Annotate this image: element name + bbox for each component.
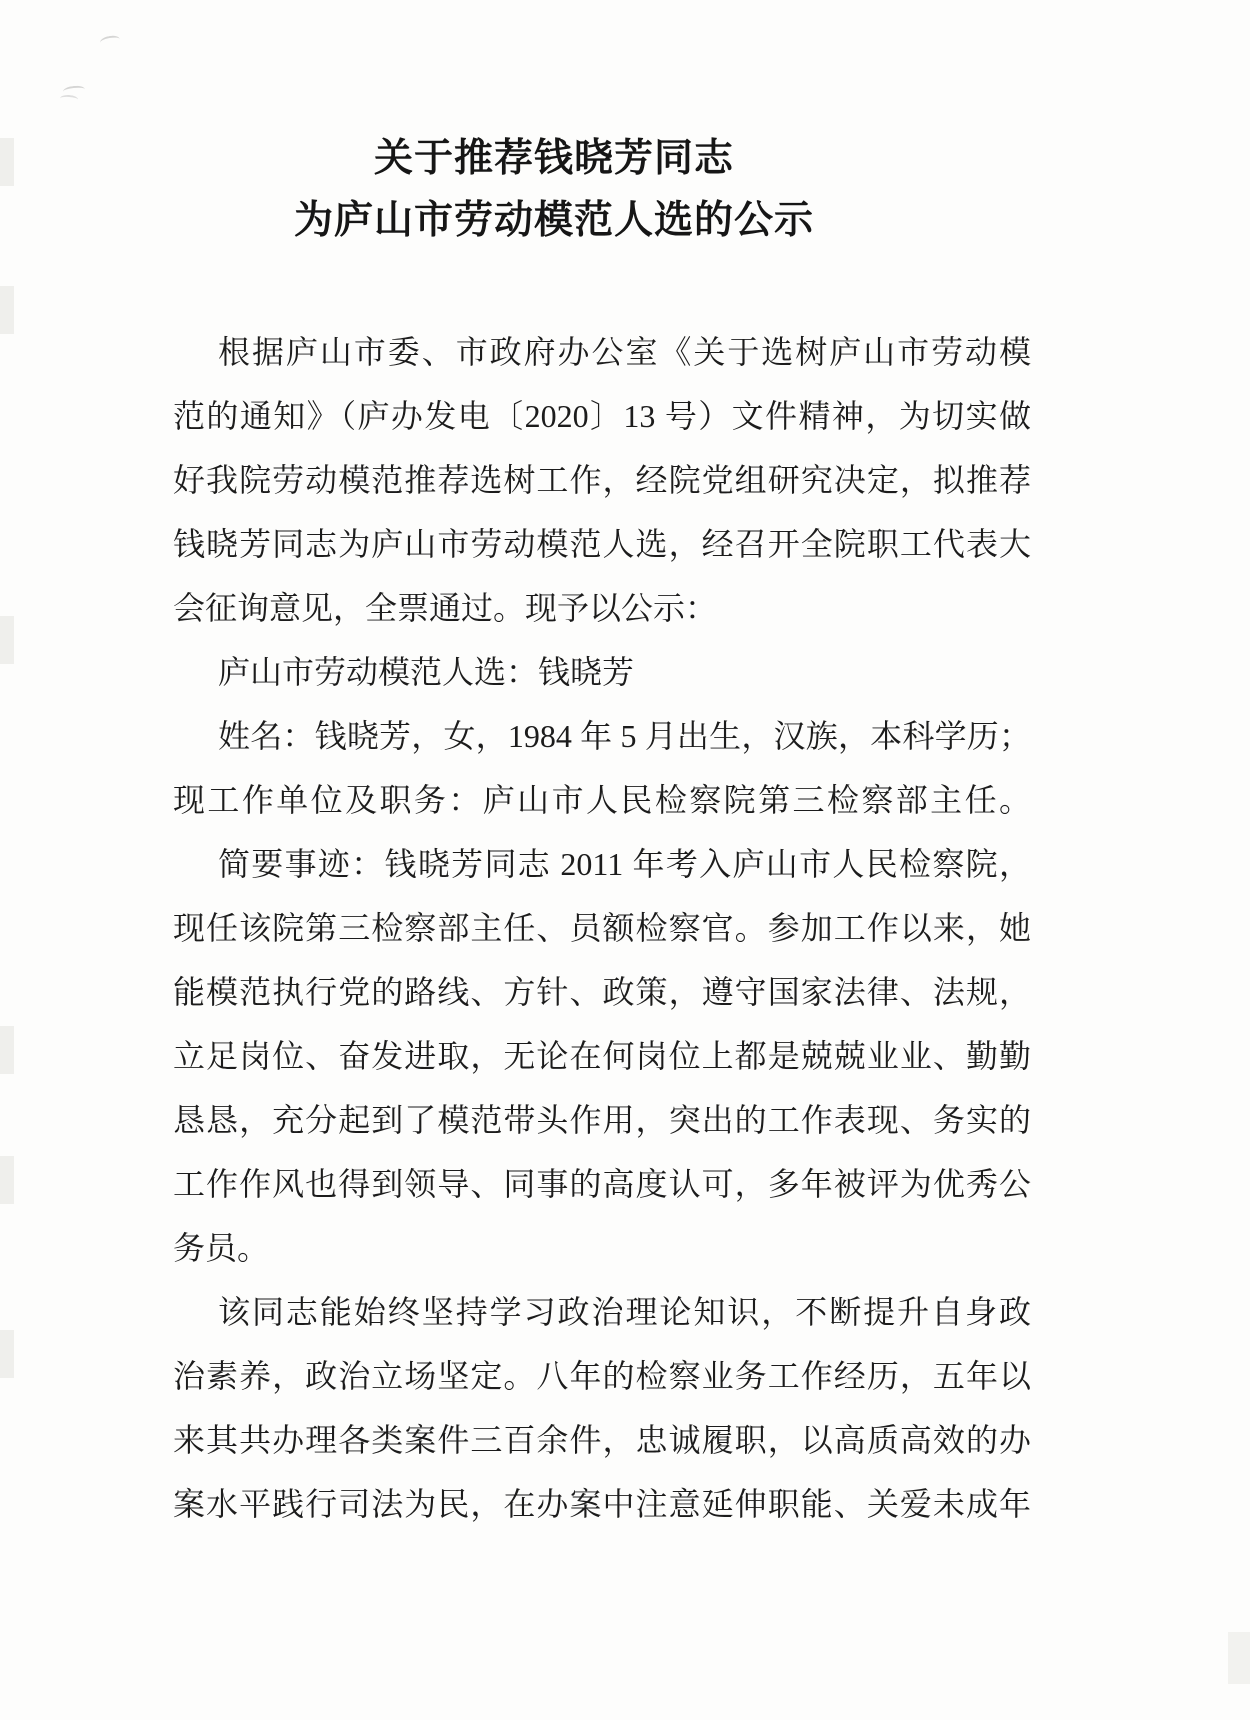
scan-corner-mark	[1228, 1632, 1250, 1684]
scan-edge-mark	[0, 1330, 14, 1378]
text-line: 恳恳，充分起到了模范带头作用，突出的工作表现、务实的	[173, 1088, 1031, 1152]
paragraph: 根据庐山市委、市政府办公室《关于选树庐山市劳动模范的通知》（庐办发电〔2020〕…	[173, 320, 1031, 640]
scan-edge-mark	[0, 138, 14, 186]
text-line: 庐山市劳动模范人选：钱晓芳	[173, 640, 1031, 704]
text-line: 该同志能始终坚持学习政治理论知识，不断提升自身政	[173, 1280, 1031, 1344]
document-body: 根据庐山市委、市政府办公室《关于选树庐山市劳动模范的通知》（庐办发电〔2020〕…	[173, 320, 1031, 1536]
document-page: 关于推荐钱晓芳同志 为庐山市劳动模范人选的公示 根据庐山市委、市政府办公室《关于…	[0, 0, 1250, 1720]
title-line-1: 关于推荐钱晓芳同志	[174, 128, 934, 190]
scan-smudge	[99, 34, 120, 47]
text-line: 简要事迹：钱晓芳同志 2011 年考入庐山市人民检察院，	[173, 832, 1031, 896]
paragraph: 庐山市劳动模范人选：钱晓芳	[173, 640, 1031, 704]
text-line: 会征询意见，全票通过。现予以公示：	[173, 576, 1031, 640]
text-line: 工作作风也得到领导、同事的高度认可，多年被评为优秀公	[173, 1152, 1031, 1216]
paragraph: 该同志能始终坚持学习政治理论知识，不断提升自身政治素养，政治立场坚定。八年的检察…	[173, 1280, 1031, 1536]
document-title: 关于推荐钱晓芳同志 为庐山市劳动模范人选的公示	[174, 128, 934, 252]
text-line: 案水平践行司法为民，在办案中注意延伸职能、关爱未成年	[173, 1472, 1031, 1536]
text-line: 钱晓芳同志为庐山市劳动模范人选，经召开全院职工代表大	[173, 512, 1031, 576]
paragraph: 姓名：钱晓芳，女，1984 年 5 月出生，汉族，本科学历；现工作单位及职务：庐…	[173, 704, 1031, 832]
text-line: 立足岗位、奋发进取，无论在何岗位上都是兢兢业业、勤勤	[173, 1024, 1031, 1088]
scan-edge-mark	[0, 1156, 14, 1204]
text-line: 好我院劳动模范推荐选树工作，经院党组研究决定，拟推荐	[173, 448, 1031, 512]
text-line: 来其共办理各类案件三百余件，忠诚履职，以高质高效的办	[173, 1408, 1031, 1472]
scan-edge-mark	[0, 286, 14, 334]
text-line: 治素养，政治立场坚定。八年的检察业务工作经历，五年以	[173, 1344, 1031, 1408]
text-line: 范的通知》（庐办发电〔2020〕13 号）文件精神，为切实做	[173, 384, 1031, 448]
text-line: 现任该院第三检察部主任、员额检察官。参加工作以来，她	[173, 896, 1031, 960]
text-line: 现工作单位及职务：庐山市人民检察院第三检察部主任。	[173, 768, 1031, 832]
scan-smudge	[63, 85, 86, 96]
title-line-2: 为庐山市劳动模范人选的公示	[174, 190, 934, 252]
scan-smudge	[60, 94, 79, 103]
paragraph: 简要事迹：钱晓芳同志 2011 年考入庐山市人民检察院，现任该院第三检察部主任、…	[173, 832, 1031, 1280]
text-line: 务员。	[173, 1216, 1031, 1280]
text-line: 姓名：钱晓芳，女，1984 年 5 月出生，汉族，本科学历；	[173, 704, 1031, 768]
scan-edge-mark	[0, 616, 14, 664]
scan-edge-mark	[0, 1026, 14, 1074]
text-line: 根据庐山市委、市政府办公室《关于选树庐山市劳动模	[173, 320, 1031, 384]
text-line: 能模范执行党的路线、方针、政策，遵守国家法律、法规，	[173, 960, 1031, 1024]
